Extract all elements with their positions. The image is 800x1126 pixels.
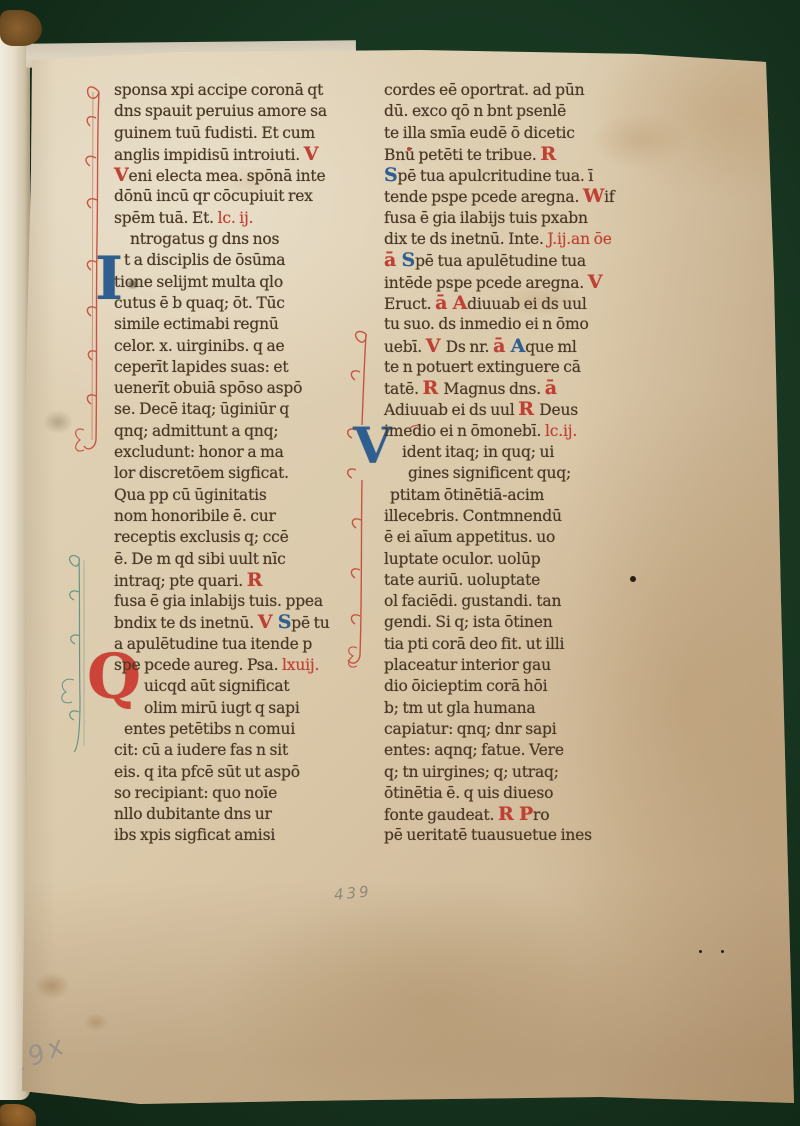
manuscript-line: tatē. R Magnus dns. ā xyxy=(384,378,656,399)
red-pigment-dot xyxy=(407,147,411,151)
ink-text: nllo dubitante dns ur xyxy=(114,805,272,823)
manuscript-line: Adiuuab ei ds uul R Deus xyxy=(384,399,656,420)
ink-text: q; tn uirgines; q; utraq; xyxy=(384,763,559,781)
ink-text: dns spauit peruius amore sa xyxy=(114,102,327,120)
ink-text: tu suo. ds inmedio ei n ōmo xyxy=(384,315,589,333)
ink-text: ceperīt lapides suas: et xyxy=(114,358,288,376)
manuscript-line: guinem tuū fudisti. Et cum xyxy=(114,123,370,144)
rubric-text: R xyxy=(540,143,556,165)
ink-speck xyxy=(630,576,636,582)
ink-text: Magnus dns. xyxy=(444,380,545,398)
ink-text: pē tu xyxy=(291,614,329,632)
ink-text: dōnū incū qr cōcupiuit rex xyxy=(114,187,313,205)
endband-bottom xyxy=(0,1104,36,1126)
ink-text: b; tm ut gla humana xyxy=(384,699,535,717)
rubric-text: V xyxy=(588,271,603,293)
manuscript-line: intēde pspe pcede aregna. V xyxy=(384,272,656,293)
text-column-left: sponsa xpi accipe coronā qtdns spauit pe… xyxy=(114,80,370,847)
manuscript-line: Bnū petēti te tribue. R xyxy=(384,144,656,165)
ink-text: tate auriū. uoluptate xyxy=(384,571,540,589)
ink-text: uebī. xyxy=(384,338,426,356)
ink-text: spe pcede aureg. Psa. xyxy=(114,656,282,674)
ink-text: dio ōicieptim corā hōi xyxy=(384,677,547,695)
ink-text: tende pspe pcede aregna. xyxy=(384,188,583,206)
ink-speck xyxy=(699,950,702,953)
manuscript-line: gendi. Si q; ista ōtinen xyxy=(384,612,656,633)
ink-text: receptis exclusis q; ccē xyxy=(114,528,289,546)
ink-text: fonte gaudeat. xyxy=(384,806,498,824)
manuscript-line: so recipiant: quo noīe xyxy=(114,783,370,804)
ink-text: imedio ei n ōmonebī. xyxy=(384,422,545,440)
rubric-text: lc.ij. xyxy=(545,422,577,440)
ink-text: olim mirū iugt q sapi xyxy=(144,699,300,717)
manuscript-line: ōtinētia ē. q uis diueso xyxy=(384,783,656,804)
manuscript-line: tu suo. ds inmedio ei n ōmo xyxy=(384,314,656,335)
manuscript-line: tia pti corā deo fit. ut illi xyxy=(384,634,656,655)
manuscript-line: uenerīt obuiā spōso aspō xyxy=(114,378,370,399)
ink-text: uenerīt obuiā spōso aspō xyxy=(114,379,302,397)
ink-smudge xyxy=(128,280,138,288)
manuscript-line: ol faciēdi. gustandi. tan xyxy=(384,591,656,612)
manuscript-line: se. Decē itaq; ūginiūr q xyxy=(114,399,370,420)
manuscript-line: fusa ē gia inlabijs tuis. ppea xyxy=(114,591,370,612)
manuscript-line: qnq; admittunt a qnq; xyxy=(114,421,370,442)
rubric-text: W xyxy=(583,185,604,207)
ink-text: dū. exco qō n bnt psenlē xyxy=(384,102,566,120)
ink-speck xyxy=(721,950,724,953)
manuscript-line: t a disciplis de ōsūma xyxy=(114,250,370,271)
ink-text: gendi. Si q; ista ōtinen xyxy=(384,613,553,631)
manuscript-line: bndix te ds inetnū. V Spē tu xyxy=(114,612,370,633)
ink-text: luptate oculor. uolūp xyxy=(384,550,540,568)
manuscript-line: tione selijmt multa qlo xyxy=(114,272,370,293)
manuscript-line: celor. x. uirginibs. q ae xyxy=(114,336,370,357)
ink-text: te n potuert extinguere cā xyxy=(384,358,581,376)
manuscript-line: placeatur interior gau xyxy=(384,655,656,676)
manuscript-line: Eruct. ā Adiuuab ei ds uul xyxy=(384,293,656,314)
ink-text: dix te ds inetnū. Inte. xyxy=(384,230,547,248)
manuscript-line: b; tm ut gla humana xyxy=(384,698,656,719)
manuscript-line: Spē tua apulcritudine tua. ī xyxy=(384,165,656,186)
manuscript-line: uebī. V Ds nr. ā Aque ml xyxy=(384,336,656,357)
manuscript-line: ceperīt lapides suas: et xyxy=(114,357,370,378)
ink-text: te illa smīa eudē ō dicetic xyxy=(384,124,575,142)
manuscript-line: Veni electa mea. spōnā inte xyxy=(114,165,370,186)
ink-text: placeatur interior gau xyxy=(384,656,551,674)
manuscript-line: Qua pp cū ūginitatis xyxy=(114,485,370,506)
rubric-text: V xyxy=(258,611,278,633)
ink-text: capiatur: qnq; dnr sapi xyxy=(384,720,557,738)
ink-text: fusa ē gia inlabijs tuis. ppea xyxy=(114,592,323,610)
manuscript-line: gines significent quq; xyxy=(384,463,656,484)
manuscript-line: fusa ē gia ilabijs tuis pxabn xyxy=(384,208,656,229)
rubric-text: V xyxy=(114,164,129,186)
manuscript-line: ntrogatus g dns nos xyxy=(114,229,370,250)
rubric-text: R P xyxy=(498,803,533,825)
manuscript-line: ibs xpis sigficat amisi xyxy=(114,825,370,846)
ink-text: cutus ē b quaq; ōt. Tūc xyxy=(114,294,285,312)
text-column-right: cordes eē oportrat. ad pūndū. exco qō n … xyxy=(384,80,656,847)
manuscript-line: capiatur: qnq; dnr sapi xyxy=(384,719,656,740)
ink-text: entes: aqnq; fatue. Vere xyxy=(384,741,564,759)
ink-text: intēde pspe pcede aregna. xyxy=(384,274,588,292)
ink-text: guinem tuū fudisti. Et cum xyxy=(114,124,315,142)
ink-text: if xyxy=(604,188,614,206)
manuscript-line: olim mirū iugt q sapi xyxy=(114,698,370,719)
ink-text: entes petētibs n comui xyxy=(124,720,295,738)
manuscript-line: q; tn uirgines; q; utraq; xyxy=(384,762,656,783)
manuscript-line: dio ōicieptim corā hōi xyxy=(384,676,656,697)
ink-text: ident itaq; in quq; ui xyxy=(402,443,554,461)
ink-text: fusa ē gia ilabijs tuis pxabn xyxy=(384,209,588,227)
ink-text: simile ectimabi regnū xyxy=(114,315,279,333)
manuscript-line: dōnū incū qr cōcupiuit rex xyxy=(114,186,370,207)
manuscript-line: anglis impidisū introiuti. V xyxy=(114,144,370,165)
ink-text: nom honoribile ē. cur xyxy=(114,507,276,525)
ink-text: uicqd aūt significat xyxy=(144,677,289,695)
manuscript-line: ident itaq; in quq; ui xyxy=(384,442,656,463)
manuscript-line: imedio ei n ōmonebī. lc.ij. xyxy=(384,421,656,442)
manuscript-line: nom honoribile ē. cur xyxy=(114,506,370,527)
manuscript-line: te illa smīa eudē ō dicetic xyxy=(384,123,656,144)
manuscript-line: ē ei aīum appetitus. uo xyxy=(384,527,656,548)
ink-text: cit: cū a iudere fas n sit xyxy=(114,741,288,759)
ink-text: tatē. xyxy=(384,380,423,398)
manuscript-line: ē. De m qd sibi uult nīc xyxy=(114,549,370,570)
rubric-text: R xyxy=(423,377,444,399)
blue-capital-text: S xyxy=(278,611,292,633)
rubric-text: R xyxy=(518,398,539,420)
rubric-text: ā xyxy=(493,335,511,357)
ink-text: Eruct. xyxy=(384,295,435,313)
ink-text: pē tua apulcritudine tua. ī xyxy=(398,167,594,185)
rubric-text: lc. ij. xyxy=(218,209,254,227)
blue-capital-text: A xyxy=(511,335,526,357)
rubric-text: R xyxy=(247,569,263,591)
ink-text: ptitam ōtinētiā-acim xyxy=(390,486,544,504)
rubric-text: J.ij.an ōe xyxy=(547,230,611,248)
manuscript-line: eis. q ita pfcē sūt ut aspō xyxy=(114,762,370,783)
blue-capital-text: S xyxy=(402,249,416,271)
manuscript-line: fonte gaudeat. R Pro xyxy=(384,804,656,825)
manuscript-line: cit: cū a iudere fas n sit xyxy=(114,740,370,761)
manuscript-line: tende pspe pcede aregna. Wif xyxy=(384,186,656,207)
manuscript-line: excludunt: honor a ma xyxy=(114,442,370,463)
manuscript-line: sponsa xpi accipe coronā qt xyxy=(114,80,370,101)
ink-text: ntrogatus g dns nos xyxy=(130,230,279,248)
manuscript-line: pē ueritatē tuausuetue ines xyxy=(384,825,656,846)
ink-text: ē ei aīum appetitus. uo xyxy=(384,528,555,546)
rubric-text: ā xyxy=(545,377,557,399)
ink-text: so recipiant: quo noīe xyxy=(114,784,277,802)
parchment-page: IQV sponsa xpi accipe coronā qtdns spaui… xyxy=(0,0,800,1126)
rubric-text: ā A xyxy=(435,292,467,314)
blue-capital-text: S xyxy=(384,164,398,186)
ink-text: pē tua apulētudine tua xyxy=(415,252,586,270)
manuscript-line: entes: aqnq; fatue. Vere xyxy=(384,740,656,761)
manuscript-line: lor discretōem sigficat. xyxy=(114,463,370,484)
ink-text: eis. q ita pfcē sūt ut aspō xyxy=(114,763,300,781)
ink-text: tia pti corā deo fit. ut illi xyxy=(384,635,564,653)
manuscript-line: ptitam ōtinētiā-acim xyxy=(384,485,656,506)
ink-text: ibs xpis sigficat amisi xyxy=(114,826,275,844)
manuscript-line: dns spauit peruius amore sa xyxy=(114,101,370,122)
ink-text: spēm tuā. Et. xyxy=(114,209,218,227)
manuscript-line: spēm tuā. Et. lc. ij. xyxy=(114,208,370,229)
ink-text: ē. De m qd sibi uult nīc xyxy=(114,550,286,568)
manuscript-line: intraq; pte quari. R xyxy=(114,570,370,591)
manuscript-line: entes petētibs n comui xyxy=(114,719,370,740)
ink-text: diuuab ei ds uul xyxy=(467,295,587,313)
ink-text: illecebris. Contmnendū xyxy=(384,507,562,525)
rubric-text: lxuij. xyxy=(282,656,319,674)
ink-text: se. Decē itaq; ūginiūr q xyxy=(114,400,289,418)
manuscript-line: spe pcede aureg. Psa. lxuij. xyxy=(114,655,370,676)
ink-text: excludunt: honor a ma xyxy=(114,443,284,461)
ink-text: sponsa xpi accipe coronā qt xyxy=(114,81,323,99)
ink-text: bndix te ds inetnū. xyxy=(114,614,258,632)
ink-text: que ml xyxy=(525,338,576,356)
ink-text: tione selijmt multa qlo xyxy=(114,273,283,291)
penwork-teal-left-margin xyxy=(62,556,84,752)
manuscript-line: illecebris. Contmnendū xyxy=(384,506,656,527)
ink-text: t a disciplis de ōsūma xyxy=(124,251,285,269)
manuscript-line: luptate oculor. uolūp xyxy=(384,549,656,570)
ink-text: eni electa mea. spōnā inte xyxy=(129,167,326,185)
ink-text: Ds nr. xyxy=(446,338,493,356)
ink-text: Deus xyxy=(539,401,578,419)
manuscript-line: cordes eē oportrat. ad pūn xyxy=(384,80,656,101)
ink-text: lor discretōem sigficat. xyxy=(114,464,289,482)
ink-text: pē ueritatē tuausuetue ines xyxy=(384,826,592,844)
endband-top xyxy=(0,10,42,46)
ink-text: ol faciēdi. gustandi. tan xyxy=(384,592,561,610)
ink-text: celor. x. uirginibs. q ae xyxy=(114,337,284,355)
photograph-of-manuscript-page: { "palette":{ "background_green":"#17352… xyxy=(0,0,800,1126)
manuscript-line: receptis exclusis q; ccē xyxy=(114,527,370,548)
manuscript-line: dū. exco qō n bnt psenlē xyxy=(384,101,656,122)
ink-text: qnq; admittunt a qnq; xyxy=(114,422,278,440)
ink-text: intraq; pte quari. xyxy=(114,572,247,590)
manuscript-line: tate auriū. uoluptate xyxy=(384,570,656,591)
manuscript-line: te n potuert extinguere cā xyxy=(384,357,656,378)
manuscript-line: dix te ds inetnū. Inte. J.ij.an ōe xyxy=(384,229,656,250)
manuscript-line: uicqd aūt significat xyxy=(114,676,370,697)
ink-text: cordes eē oportrat. ad pūn xyxy=(384,81,584,99)
ink-text: gines significent quq; xyxy=(408,464,571,482)
ink-text: ro xyxy=(533,806,549,824)
manuscript-line: cutus ē b quaq; ōt. Tūc xyxy=(114,293,370,314)
ink-text: Adiuuab ei ds uul xyxy=(384,401,518,419)
rubric-text: V xyxy=(426,335,446,357)
rubric-text: ā xyxy=(384,249,402,271)
ink-text: anglis impidisū introiuti. xyxy=(114,146,304,164)
pencil-page-number: 439 xyxy=(333,882,372,904)
manuscript-line: a apulētudine tua itende p xyxy=(114,634,370,655)
ink-text: ōtinētia ē. q uis diueso xyxy=(384,784,553,802)
manuscript-line: simile ectimabi regnū xyxy=(114,314,370,335)
ink-text: a apulētudine tua itende p xyxy=(114,635,312,653)
rubric-text: V xyxy=(304,143,319,165)
manuscript-line: nllo dubitante dns ur xyxy=(114,804,370,825)
manuscript-line: ā Spē tua apulētudine tua xyxy=(384,250,656,271)
ink-text: Qua pp cū ūginitatis xyxy=(114,486,267,504)
